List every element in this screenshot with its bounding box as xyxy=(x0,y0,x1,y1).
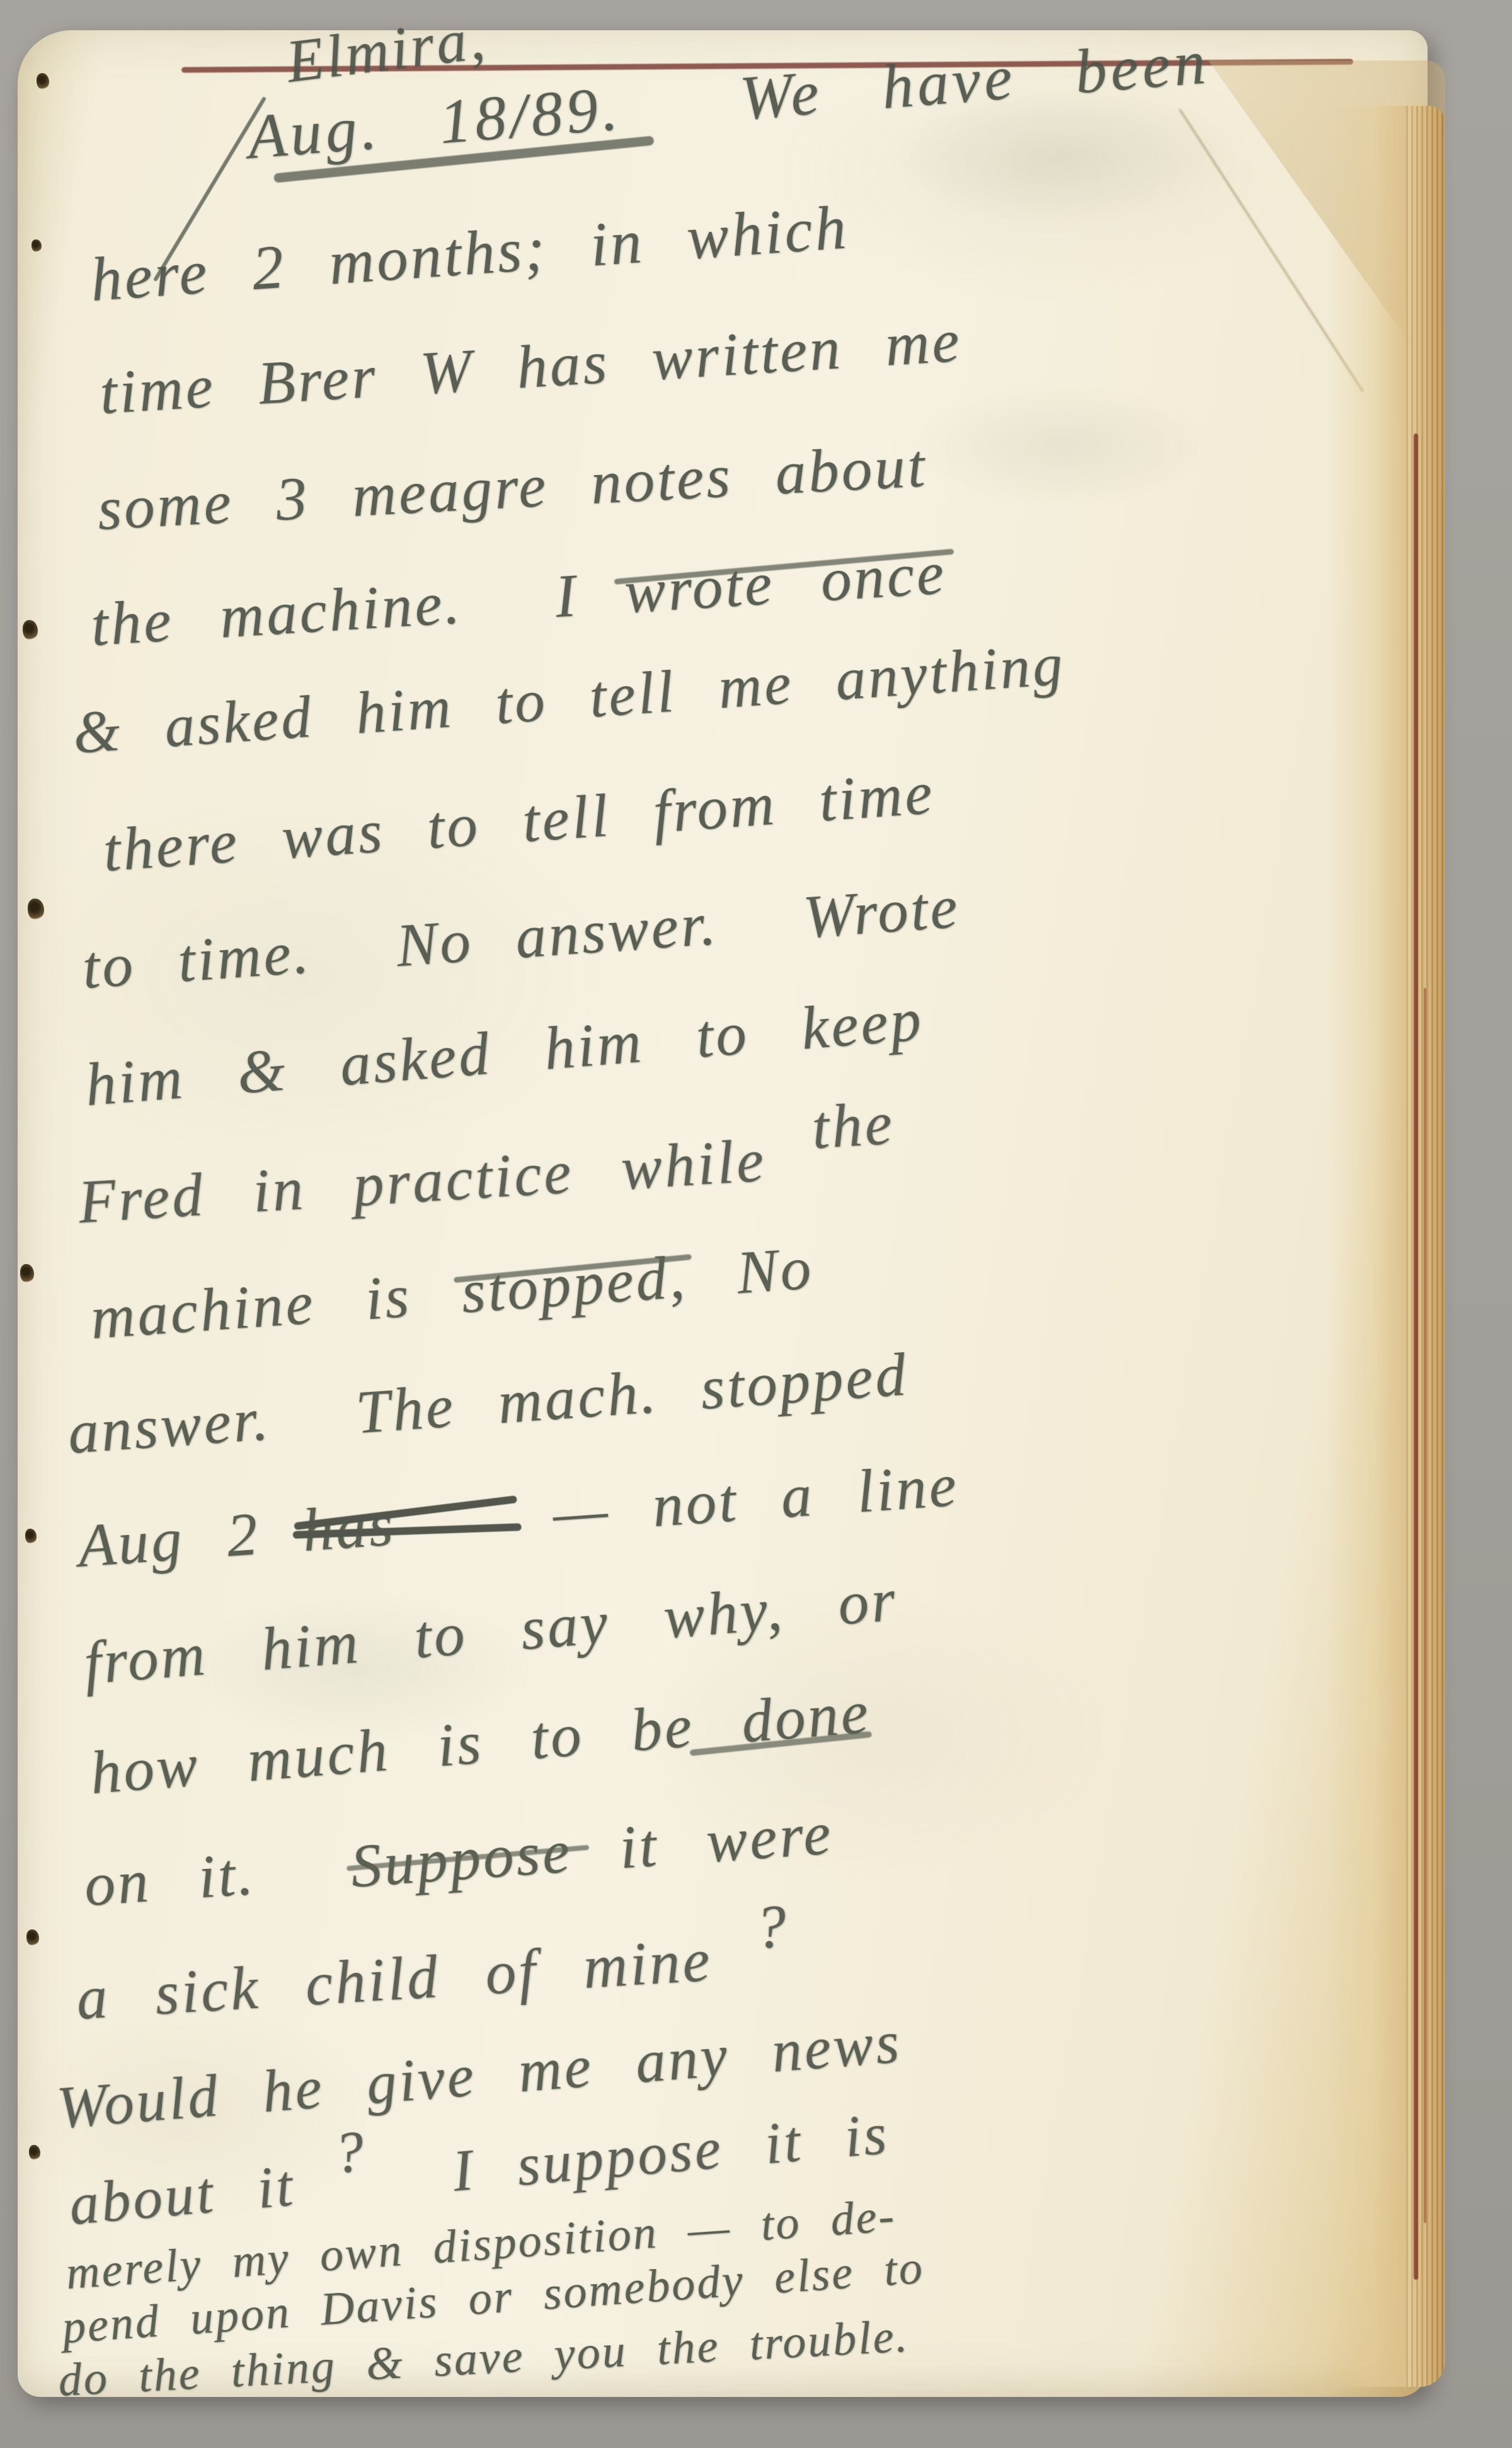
text-run: No xyxy=(684,1234,815,1310)
stitch-hole xyxy=(37,73,49,89)
raised-text: ? xyxy=(331,2117,369,2187)
show-through-smudge xyxy=(912,383,1215,509)
binding-edge-line xyxy=(1424,988,1426,2223)
stitch-hole xyxy=(26,1929,39,1946)
stitch-hole xyxy=(20,1264,34,1283)
notebook-photo: Elmira,Aug. 18/89. We have beenhere 2 mo… xyxy=(0,0,1512,2448)
binding-edge-line xyxy=(1414,434,1418,2280)
stitch-hole xyxy=(25,1529,37,1544)
under-text: done xyxy=(739,1678,873,1756)
over-text: stopped, xyxy=(459,1243,689,1326)
page-stack-edge xyxy=(1327,106,1445,2387)
midstrike-text: Suppose xyxy=(348,1817,574,1900)
raised-text: ? xyxy=(753,1890,791,1962)
stitch-hole xyxy=(23,620,38,640)
scribble-text: has xyxy=(301,1481,513,1565)
stitch-hole xyxy=(31,239,42,252)
raised-text: the xyxy=(810,1088,896,1163)
text-run: Aug 2 xyxy=(76,1497,305,1580)
stitch-hole xyxy=(28,899,44,920)
stitch-hole xyxy=(29,2145,40,2160)
